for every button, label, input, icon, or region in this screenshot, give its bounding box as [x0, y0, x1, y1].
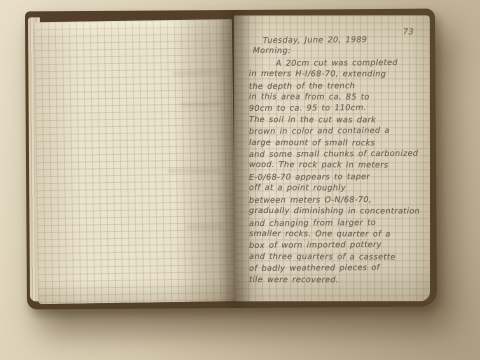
- handwriting-line: in meters H-I/68-70, extending: [249, 68, 426, 80]
- handwriting-line: wood. The rock pack in meters: [249, 159, 426, 171]
- left-page: [34, 19, 236, 304]
- notebook-cover: 73 Tuesday, June 20, 1989 Morning: A 20c…: [25, 9, 437, 310]
- handwriting-line: A 20cm cut was completed: [276, 57, 426, 69]
- ghost-text-showthrough: [173, 71, 221, 75]
- handwriting-line: off at a point roughly: [249, 182, 426, 194]
- handwriting-line: tile were recovered.: [249, 274, 426, 286]
- photo-background: 73 Tuesday, June 20, 1989 Morning: A 20c…: [0, 0, 480, 360]
- handwriting-line: Morning:: [253, 45, 426, 57]
- journal-entry: Tuesday, June 20, 1989 Morning: A 20cm c…: [249, 34, 426, 285]
- ghost-text-showthrough: [168, 170, 222, 172]
- handwriting-line: brown in color and contained a: [249, 125, 426, 138]
- handwriting-line: gradually diminishing in concentration: [249, 205, 426, 217]
- ghost-text-showthrough: [181, 103, 221, 106]
- ghost-text-showthrough: [187, 225, 223, 228]
- handwriting-line: large amount of small rocks: [249, 137, 426, 149]
- handwriting-line: the depth of the trench: [249, 79, 426, 92]
- left-page-shading: [34, 19, 236, 304]
- handwriting-line: and changing from larger to: [249, 216, 426, 229]
- handwriting-line: box of worn imported pottery: [249, 239, 426, 252]
- handwriting-line: of badly weathered pieces of: [249, 262, 426, 275]
- handwriting-line: 90cm to ca. 95 to 110cm.: [249, 102, 426, 115]
- right-page: 73 Tuesday, June 20, 1989 Morning: A 20c…: [234, 15, 430, 301]
